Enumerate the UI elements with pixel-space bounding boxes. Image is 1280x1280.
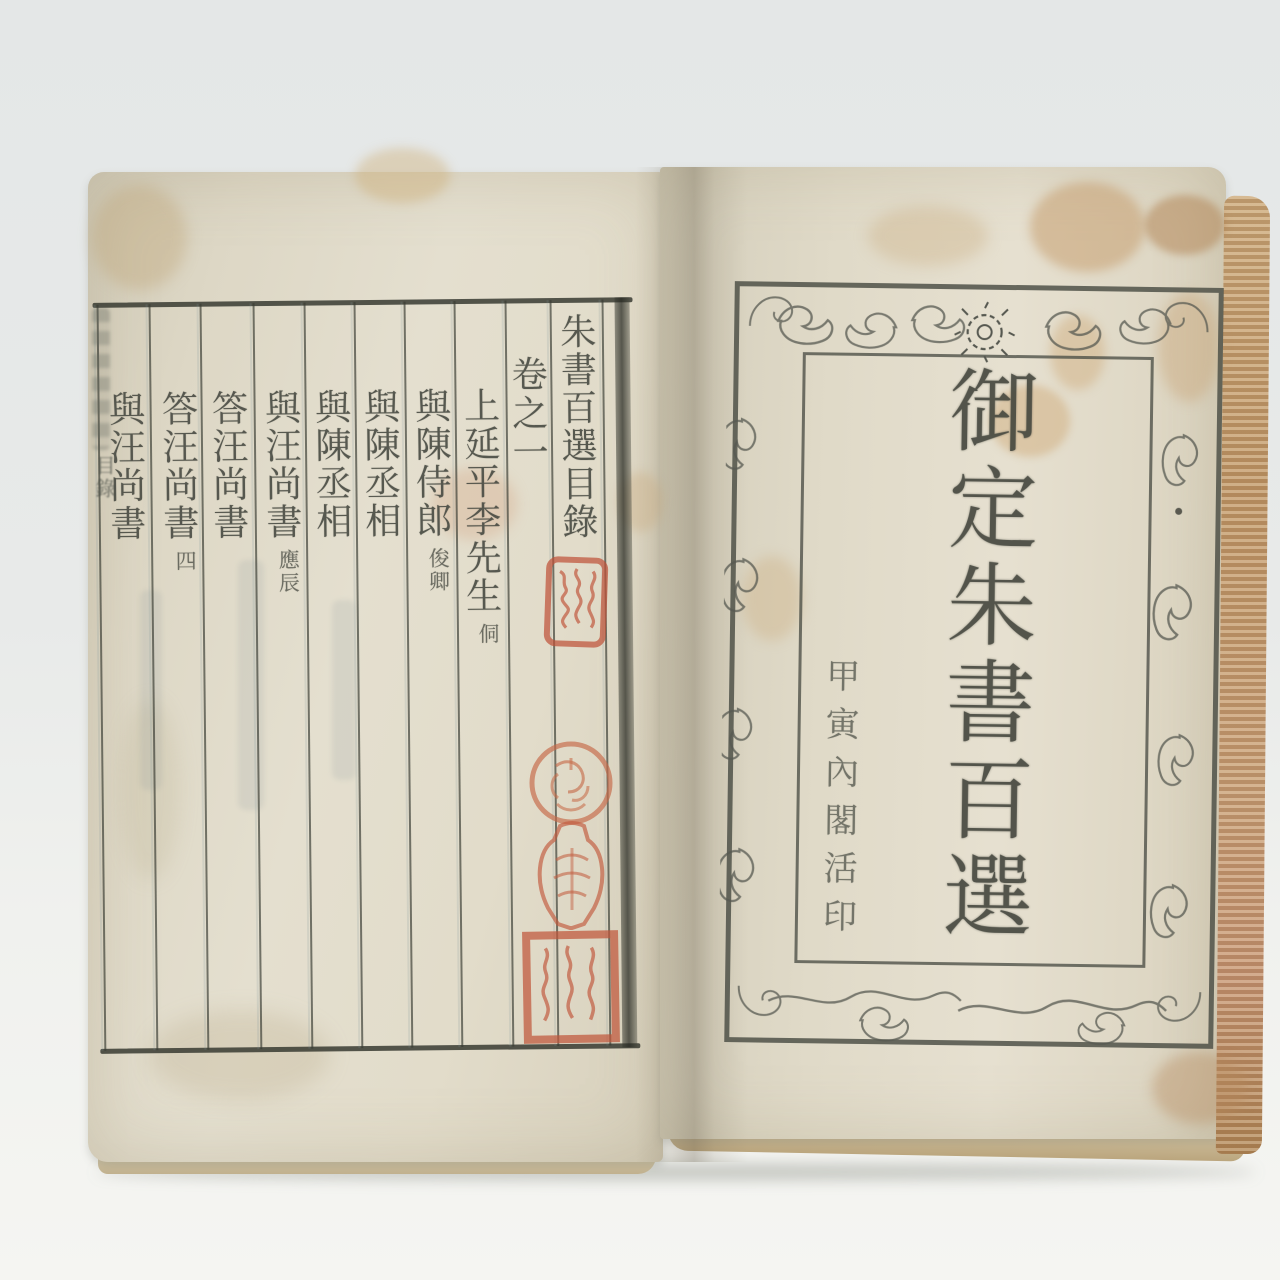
entry-title: 與陳丞相 [309, 388, 352, 540]
toc-entry: 與陳丞相 [360, 388, 398, 540]
red-seal-square-large [521, 929, 621, 1045]
entry-title: 與陳侍郎 [409, 387, 452, 539]
photo-background: 朱書百選目錄 卷之一 上延平李先生侗 與陳侍郎俊卿 與陳丞相 與陳丞相 與汪尚書… [0, 0, 1280, 1280]
stain [868, 206, 988, 266]
entry-note: 四 [174, 550, 195, 573]
red-seal-round [528, 740, 614, 826]
entry-title: 與陳丞相 [358, 388, 401, 540]
ink-spot [1175, 508, 1182, 515]
entry-note: 應辰 [277, 549, 298, 595]
bottom-rule [100, 1043, 640, 1054]
toc-entry: 與陳侍郎俊卿 [411, 387, 449, 593]
fore-edge-faint-title [92, 308, 110, 450]
entry-note: 俊卿 [427, 547, 448, 593]
toc-entry: 與陳丞相 [311, 388, 349, 540]
toc-entry: 與汪尚書應辰 [261, 389, 299, 595]
title-page-frame: 御定朱書百選 甲寅內閣活印 [718, 277, 1231, 1056]
fore-edge-text: 目錄 [94, 455, 114, 501]
toc-volume: 卷之一 [508, 355, 545, 472]
entry-note: 侗 [477, 623, 498, 646]
toc-entry: 答汪尚書四 [158, 390, 196, 573]
entry-title: 上延平李先生 [458, 387, 501, 615]
entry-title: 答汪尚書 [206, 389, 249, 541]
entry-title: 與汪尚書 [259, 389, 302, 541]
stain [1030, 182, 1145, 272]
imprint-colophon: 甲寅內閣活印 [819, 658, 857, 946]
red-seal-square-small [542, 555, 609, 649]
toc-title: 朱書百選目錄 [557, 313, 595, 541]
toc-entry: 上延平李先生侗 [460, 387, 499, 646]
stain [1145, 195, 1225, 255]
entry-title: 答汪尚書 [156, 390, 199, 542]
stain [1152, 1052, 1247, 1124]
toc-entry: 答汪尚書 [208, 389, 246, 541]
red-seal-vase [526, 820, 618, 932]
book-title: 御定朱書百選 [919, 363, 1031, 946]
